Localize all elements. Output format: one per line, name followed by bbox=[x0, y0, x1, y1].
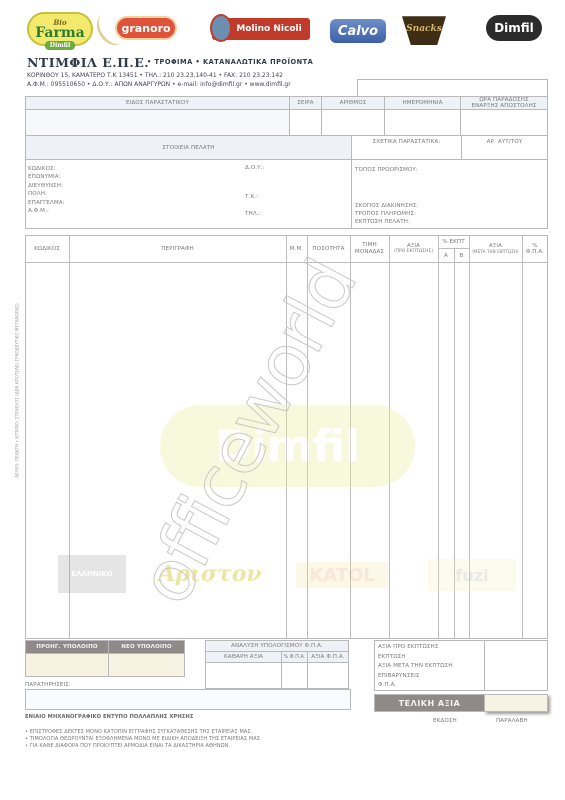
transport-labels: ΣΚΟΠΟΣ ΔΙΑΚΙΝΗΣΗΣ: ΤΡΟΠΟΣ ΠΛΗΡΩΜΗΣ: ΕΚΠΤ… bbox=[355, 202, 419, 226]
form-note: ΕΝΙΑΙΟ ΜΗΧΑΝΟΓΡΑΦΙΚΟ ΕΝΤΥΠΟ ΠΟΛΛΑΠΛΗΣ ΧΡ… bbox=[25, 714, 194, 720]
vat-label: Φ.Π.Α. bbox=[378, 681, 453, 691]
remarks-label: ΠΑΡΑΤΗΡΗΣΕΙΣ: bbox=[25, 682, 71, 688]
new-balance-field[interactable] bbox=[108, 653, 185, 677]
col-discount-a: Α bbox=[438, 249, 454, 262]
delivery-time-field[interactable] bbox=[460, 109, 548, 136]
payment-method-label: ΤΡΟΠΟΣ ΠΛΗΡΩΜΗΣ: bbox=[355, 210, 419, 218]
ariston-background-logo: Αριστον bbox=[160, 555, 260, 593]
dimfil-logo: Dimfil bbox=[486, 15, 542, 41]
totals-values-field[interactable] bbox=[484, 640, 548, 691]
destination-label: ΤΟΠΟΣ ΠΡΟΟΡΙΣΜΟΥ: bbox=[355, 167, 418, 173]
term-item: • ΓΙΑ ΚΑΘΕ ΔΙΑΦΟΡΑ ΠΟΥ ΠΡΟΚΥΠΤΕΙ ΑΡΜΟΔΙΑ… bbox=[25, 743, 262, 750]
col-vat-percent: % Φ.Π.Α. bbox=[522, 235, 548, 262]
term-item: • ΤΙΜΟΛΟΓΙΑ ΘΕΩΡΟΥΝΤΑΙ ΕΞΟΦΛΗΜΕΝΑ ΜΟΝΟ Μ… bbox=[25, 736, 262, 743]
series-field[interactable] bbox=[289, 109, 322, 136]
delivery-time-header: ΩΡΑ ΠΑΡΑΔΟΣΗΣ ΕΝΑΡΞΗΣ ΑΠΟΣΤΟΛΗΣ bbox=[460, 96, 548, 110]
doc-type-field[interactable] bbox=[25, 109, 290, 136]
customer-name-label: ΕΠΩΝΥΜΙΑ: bbox=[28, 173, 65, 181]
previous-balance-header: ΠΡΟΗΓ. ΥΠΟΛΟΙΠΟ bbox=[25, 640, 109, 654]
final-value-header: ΤΕΛΙΚΗ ΑΞΙΑ bbox=[374, 694, 485, 712]
customer-address-label: ΔΙΕΥΘΥΝΣΗ: bbox=[28, 182, 65, 190]
customer-vat-label: Α.Φ.Μ.: bbox=[28, 207, 65, 215]
biofarma-logo: Bio Farma Dimfil bbox=[27, 12, 93, 46]
company-name: ΝΤΙΜΦΙΛ Ε.Π.Ε. bbox=[27, 55, 149, 70]
totals-labels: ΑΞΙΑ ΠΡΟ ΕΚΠΤΩΣΗΣ ΕΚΠΤΩΣΗ ΑΞΙΑ ΜΕΤΑ ΤΗΝ … bbox=[378, 643, 453, 691]
final-value-field[interactable] bbox=[484, 694, 548, 712]
net-value-field[interactable] bbox=[205, 662, 282, 689]
transport-purpose-label: ΣΚΟΠΟΣ ΔΙΑΚΙΝΗΣΗΣ: bbox=[355, 202, 419, 210]
customer-city-label: ΠΟΛΗ: bbox=[28, 190, 65, 198]
customer-section-title: ΣΤΟΙΧΕΙΑ ΠΕΛΑΤΗ bbox=[25, 135, 352, 160]
col-discount: % ΕΚΠΤ bbox=[438, 235, 469, 248]
miller-icon bbox=[210, 14, 232, 42]
value-after-discount-label: ΑΞΙΑ ΜΕΤΑ ΤΗΝ ΕΚΠΤΩΣΗ bbox=[378, 662, 453, 672]
related-docs-field[interactable]: ΣΧΕΤΙΚΑ ΠΑΡΑΣΤΑΤΙΚΑ: bbox=[351, 135, 462, 160]
customer-code-label: ΚΩΔΙΚΟΣ: bbox=[28, 165, 65, 173]
term-item: • ΕΠΙΣΤΡΟΦΕΣ ΔΕΚΤΕΣ ΜΟΝΟ ΚΑΤΟΠΙΝ ΕΓΓΡΑΦΗ… bbox=[25, 729, 262, 736]
col-unit: Μ.Μ. bbox=[286, 235, 307, 262]
granoro-logo: granoro bbox=[115, 16, 177, 40]
company-address: ΚΟΡΙΝΘΟΥ 15, ΚΑΜΑΤΕΡΟ Τ.Κ 13451 • ΤΗΛ.: … bbox=[27, 72, 283, 79]
remarks-field[interactable] bbox=[25, 689, 351, 710]
customer-discount-label: ΕΚΠΤΩΣΗ ΠΕΛΑΤΗ: bbox=[355, 218, 419, 226]
calvo-logo: Calvo bbox=[330, 19, 386, 43]
vat-percent-field[interactable] bbox=[281, 662, 308, 689]
snacks-logo: Snacks bbox=[402, 13, 446, 45]
receive-signature-label: ΠΑΡΑΛΑΒΗ bbox=[496, 718, 528, 724]
dimfil-background-logo: Dimfil bbox=[160, 405, 415, 487]
customer-details-box bbox=[25, 159, 352, 229]
number-field[interactable] bbox=[321, 109, 385, 136]
katol-background-logo: KATOL bbox=[296, 562, 388, 588]
col-description: ΠΕΡΙΓΡΑΦΗ bbox=[69, 235, 286, 262]
elliniko-background-logo: ΕΛΛΗΝΙΚΟ bbox=[58, 555, 126, 593]
customer-profession-label: ΕΠΑΓΓΕΛΜΑ: bbox=[28, 199, 65, 207]
series-header: ΣΕΙΡΑ bbox=[289, 96, 322, 110]
previous-balance-field[interactable] bbox=[25, 653, 109, 677]
vehicle-number-field[interactable]: ΑΡ. ΑΥΤ/ΤΟΥ bbox=[461, 135, 548, 160]
date-header: ΗΜΕΡΟΜΗΝΙΑ bbox=[384, 96, 461, 110]
copy-distribution-note: ΛΕΥΚΟ: ΠΕΛΑΤΗ • ΚΙΤΡΙΝΟ: ΣΤΕΛΕΧΟΣ (ΔΕΝ Α… bbox=[15, 266, 20, 516]
terms-list: • ΕΠΙΣΤΡΟΦΕΣ ΔΕΚΤΕΣ ΜΟΝΟ ΚΑΤΟΠΙΝ ΕΓΓΡΑΦΗ… bbox=[25, 729, 262, 751]
col-unit-price: ΤΙΜΗ ΜΟΝΑΔΑΣ bbox=[350, 235, 389, 262]
value-before-discount-label: ΑΞΙΑ ΠΡΟ ΕΚΠΤΩΣΗΣ bbox=[378, 643, 453, 653]
discount-label: ΕΚΠΤΩΣΗ bbox=[378, 653, 453, 663]
col-value-before-discount: ΑΞΙΑ (ΠΡΟ ΕΚΠΤΩΣΗΣ) bbox=[389, 235, 438, 262]
date-field[interactable] bbox=[384, 109, 461, 136]
vat-value-field[interactable] bbox=[307, 662, 349, 689]
phone-label: ΤΗΛ.: bbox=[245, 211, 261, 217]
company-tagline: • ΤΡΟΦΙΜΑ • ΚΑΤΑΝΑΛΩΤΙΚΑ ΠΡΟΪΟΝΤΑ bbox=[147, 58, 313, 66]
company-contact: Α.Φ.Μ.: 095510650 • Δ.Ο.Υ.: ΑΠΩΝ ΑΝΑΡΓΥΡ… bbox=[27, 81, 291, 88]
number-header: ΑΡΙΘΜΟΣ bbox=[321, 96, 385, 110]
col-quantity: ΠΟΣΟΤΗΤΑ bbox=[307, 235, 350, 262]
customer-field-labels: ΚΩΔΙΚΟΣ: ΕΠΩΝΥΜΙΑ: ΔΙΕΥΘΥΝΣΗ: ΠΟΛΗ: ΕΠΑΓ… bbox=[28, 165, 65, 215]
doc-type-header: ΕΙΔΟΣ ΠΑΡΑΣΤΑΤΙΚΟΥ bbox=[25, 96, 290, 110]
issue-signature-label: ΕΚΔΟΣΗ bbox=[433, 718, 457, 724]
col-code: ΚΩΔΙΚΟΣ bbox=[25, 235, 69, 262]
postal-code-label: Τ.Κ.: bbox=[245, 194, 258, 200]
tax-office-label: Δ.Ο.Υ.: bbox=[245, 165, 265, 171]
surcharges-label: ΕΠΙΒΑΡΥΝΣΕΙΣ bbox=[378, 672, 453, 682]
col-value-after-discount: ΑΞΙΑ (ΜΕΤΑ ΤΗΝ ΕΚΠΤΩΣΗ) bbox=[469, 235, 522, 262]
col-discount-b: Β bbox=[454, 249, 469, 262]
fuzi-background-logo: fuzi bbox=[428, 559, 516, 591]
new-balance-header: ΝΕΟ ΥΠΟΛΟΙΠΟ bbox=[108, 640, 185, 654]
